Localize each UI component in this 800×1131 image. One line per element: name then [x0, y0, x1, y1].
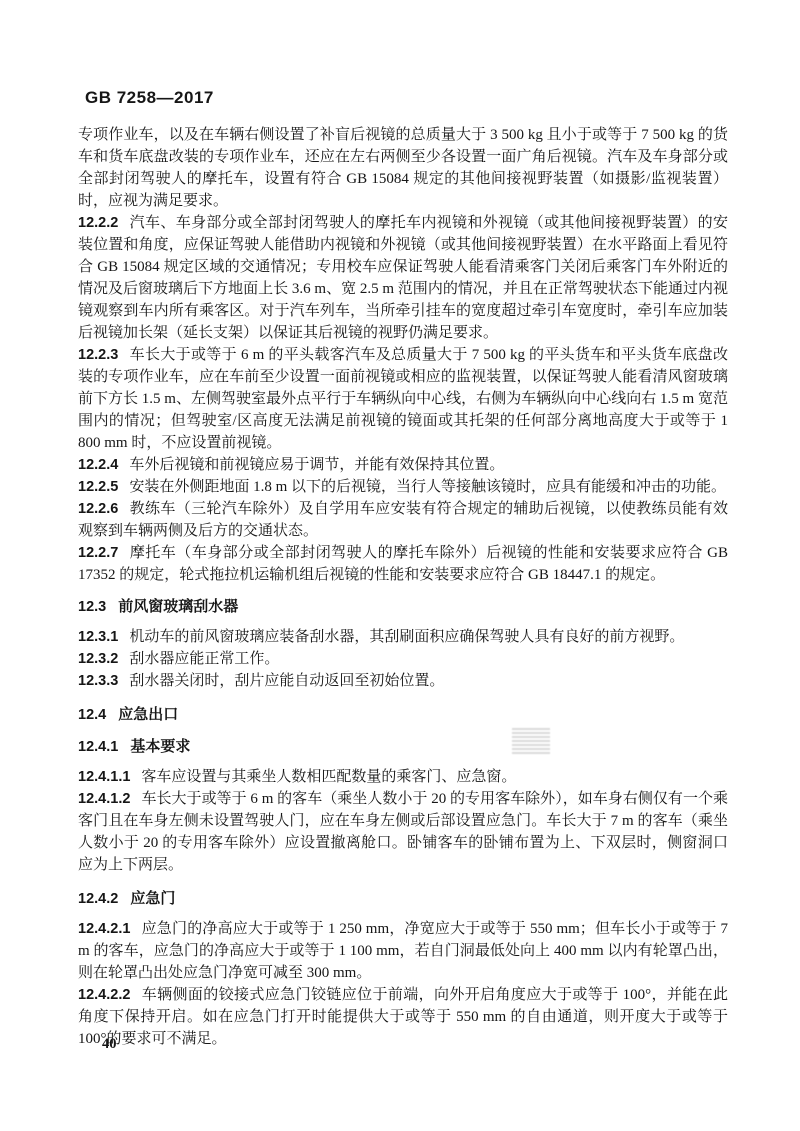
heading-text: 应急门 — [130, 891, 175, 907]
heading-text: 前风窗玻璃刮水器 — [118, 599, 238, 615]
clause-text: 车辆侧面的铰接式应急门铰链应位于前端，向外开启角度应大于或等于 100°，并能在… — [78, 987, 728, 1047]
clause-text: 车长大于或等于 6 m 的客车（乘坐人数小于 20 的专用客车除外），如车身右侧… — [78, 791, 728, 873]
clause-paragraph: 12.4.1.2车长大于或等于 6 m 的客车（乘坐人数小于 20 的专用客车除… — [78, 788, 728, 876]
clause-text: 汽车、车身部分或全部封闭驾驶人的摩托车内视镜和外视镜（或其他间接视野装置）的安装… — [78, 215, 728, 341]
clause-number: 12.4.1.1 — [78, 769, 130, 785]
clause-number: 12.3.3 — [78, 673, 118, 689]
clause-paragraph: 12.2.5安装在外侧距地面 1.8 m 以下的后视镜，当行人等接触该镜时，应具… — [78, 476, 728, 498]
clause-number: 12.2.5 — [78, 479, 118, 495]
clause-text: 刮水器关闭时，刮片应能自动返回至初始位置。 — [129, 673, 444, 689]
clause-number: 12.2.2 — [78, 215, 118, 231]
clause-number: 12.4.2.1 — [78, 921, 130, 937]
clause-paragraph: 12.3.3刮水器关闭时，刮片应能自动返回至初始位置。 — [78, 670, 728, 692]
clause-paragraph: 12.4.1.1客车应设置与其乘坐人数相匹配数量的乘客门、应急窗。 — [78, 766, 728, 788]
clause-number: 12.3.2 — [78, 651, 118, 667]
clause-number: 12.4.1.2 — [78, 791, 130, 807]
heading-number: 12.4 — [78, 707, 106, 723]
clause-paragraph: 12.3.2刮水器应能正常工作。 — [78, 648, 728, 670]
clause-number: 12.3.1 — [78, 629, 118, 645]
clause-paragraph: 12.4.2.2车辆侧面的铰接式应急门铰链应位于前端，向外开启角度应大于或等于 … — [78, 984, 728, 1050]
heading-text: 基本要求 — [130, 739, 190, 755]
clause-number: 12.2.4 — [78, 457, 118, 473]
document-page: GB 7258—2017 专项作业车，以及在车辆右侧设置了补盲后视镜的总质量大于… — [0, 0, 800, 1131]
clause-paragraph: 12.3.1机动车的前风窗玻璃应装备刮水器，其刮刷面积应确保驾驶人具有良好的前方… — [78, 626, 728, 648]
clause-text: 车长大于或等于 6 m 的平头载客汽车及总质量大于 7 500 kg 的平头货车… — [78, 347, 728, 451]
clause-text: 机动车的前风窗玻璃应装备刮水器，其刮刷面积应确保驾驶人具有良好的前方视野。 — [129, 629, 684, 645]
body-paragraph-continuation: 专项作业车，以及在车辆右侧设置了补盲后视镜的总质量大于 3 500 kg 且小于… — [78, 124, 728, 212]
page-content: 专项作业车，以及在车辆右侧设置了补盲后视镜的总质量大于 3 500 kg 且小于… — [78, 124, 728, 1050]
clause-text: 刮水器应能正常工作。 — [129, 651, 279, 667]
clause-paragraph: 12.2.6教练车（三轮汽车除外）及自学用车应安装有符合规定的辅助后视镜，以使教… — [78, 498, 728, 542]
clause-text: 应急门的净高应大于或等于 1 250 mm，净宽应大于或等于 550 mm；但车… — [78, 921, 728, 981]
clause-text: 客车应设置与其乘坐人数相匹配数量的乘客门、应急窗。 — [141, 769, 516, 785]
standard-number-header: GB 7258—2017 — [85, 88, 214, 108]
clause-text: 安装在外侧距地面 1.8 m 以下的后视镜，当行人等接触该镜时，应具有能缓和冲击… — [129, 479, 726, 495]
clause-text: 摩托车（车身部分或全部封闭驾驶人的摩托车除外）后视镜的性能和安装要求应符合 GB… — [78, 545, 728, 583]
clause-paragraph: 12.4.2.1应急门的净高应大于或等于 1 250 mm，净宽应大于或等于 5… — [78, 918, 728, 984]
heading-text: 应急出口 — [118, 707, 178, 723]
heading-number: 12.3 — [78, 599, 106, 615]
clause-number: 12.2.3 — [78, 347, 118, 363]
clause-paragraph: 12.2.7摩托车（车身部分或全部封闭驾驶人的摩托车除外）后视镜的性能和安装要求… — [78, 542, 728, 586]
clause-text: 车外后视镜和前视镜应易于调节，并能有效保持其位置。 — [129, 457, 504, 473]
clause-number: 12.2.7 — [78, 545, 118, 561]
heading-number: 12.4.2 — [78, 891, 118, 907]
clause-paragraph: 12.2.2汽车、车身部分或全部封闭驾驶人的摩托车内视镜和外视镜（或其他间接视野… — [78, 212, 728, 344]
heading-number: 12.4.1 — [78, 739, 118, 755]
clause-number: 12.4.2.2 — [78, 987, 130, 1003]
section-heading-12-3: 12.3前风窗玻璃刮水器 — [78, 596, 728, 618]
clause-paragraph: 12.2.4车外后视镜和前视镜应易于调节，并能有效保持其位置。 — [78, 454, 728, 476]
clause-number: 12.2.6 — [78, 501, 118, 517]
clause-paragraph: 12.2.3车长大于或等于 6 m 的平头载客汽车及总质量大于 7 500 kg… — [78, 344, 728, 454]
clause-text: 教练车（三轮汽车除外）及自学用车应安装有符合规定的辅助后视镜，以使教练员能有效观… — [78, 501, 728, 539]
section-heading-12-4-1: 12.4.1基本要求 — [78, 736, 728, 758]
page-number: 40 — [102, 1036, 117, 1053]
section-heading-12-4-2: 12.4.2应急门 — [78, 888, 728, 910]
section-heading-12-4: 12.4应急出口 — [78, 704, 728, 726]
paragraph-text: 专项作业车，以及在车辆右侧设置了补盲后视镜的总质量大于 3 500 kg 且小于… — [78, 127, 728, 209]
scan-watermark-artifact — [512, 728, 550, 755]
